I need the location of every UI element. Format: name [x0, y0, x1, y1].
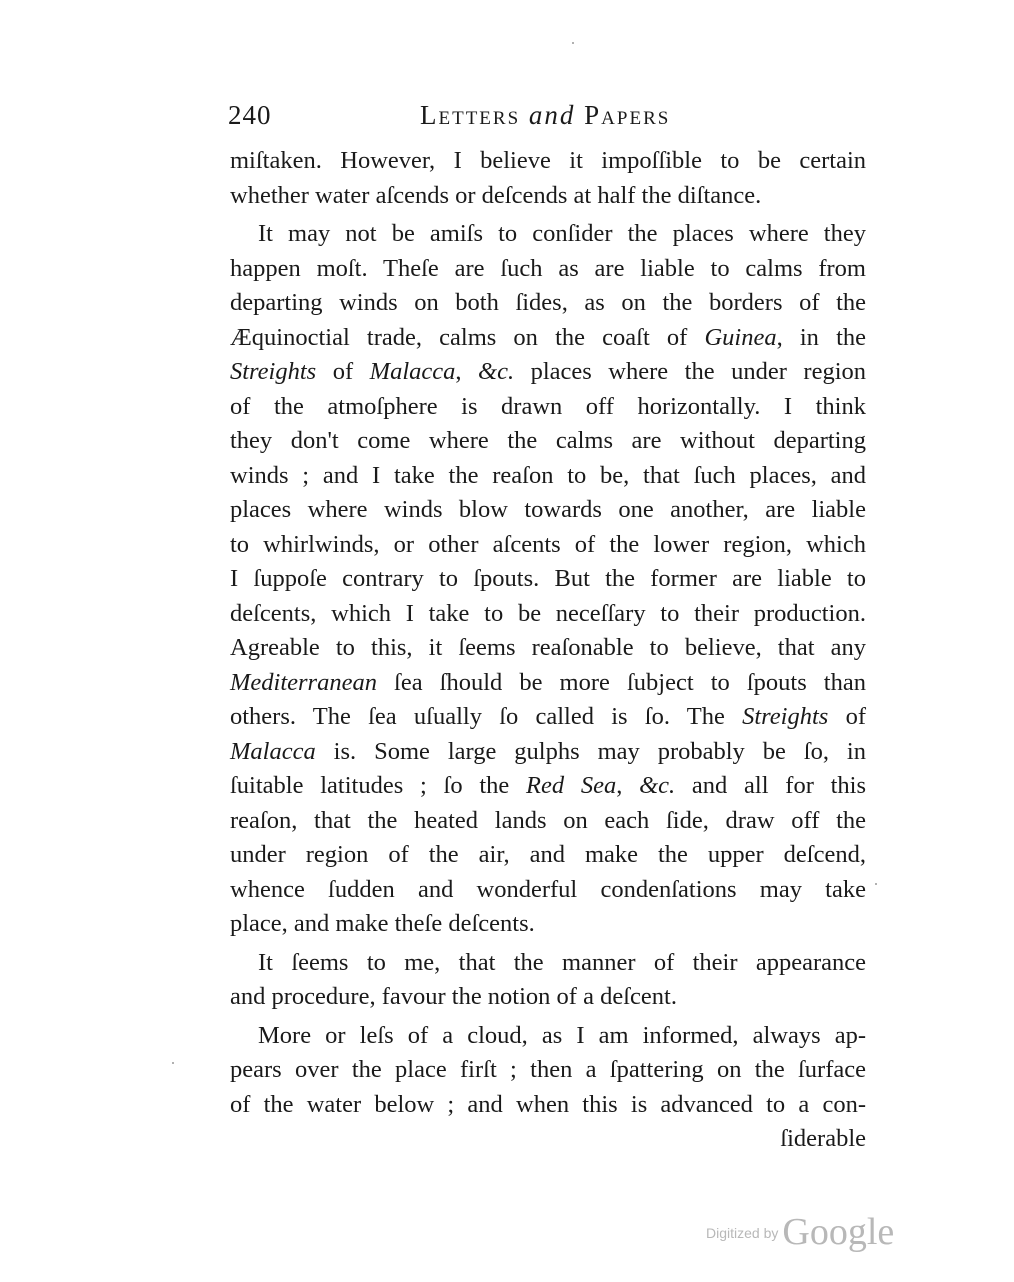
text-span: , in the [777, 324, 866, 351]
text-span: others. The ſea uſually ſo called is ſo.… [230, 703, 742, 730]
text-line: winds ; and I take the reaſon to be, tha… [230, 459, 866, 494]
page-number: 240 [228, 100, 272, 131]
text-line: others. The ſea uſually ſo called is ſo.… [230, 700, 866, 735]
running-title-letters: Letters [420, 100, 520, 130]
text-span: Æquinoctial trade, calms on the coaſt of [230, 324, 687, 351]
scan-speck [875, 883, 877, 885]
text-line: ſuitable latitudes ; ſo the Red Sea, &c.… [230, 769, 866, 804]
scan-speck [572, 42, 574, 44]
text-line: It ſeems to me, that the manner of their… [230, 946, 866, 981]
text-line: under region of the air, and make the up… [230, 838, 866, 873]
scan-speck [172, 1062, 174, 1064]
place-name-streights: Streights [742, 703, 828, 730]
text-line: they don't come where the calms are with… [230, 424, 866, 459]
paragraph-1: miſtaken. However, I believe it impoſſib… [230, 144, 866, 213]
catchword: ſiderable [230, 1122, 866, 1157]
place-name-malacca: Malacca [230, 738, 316, 765]
text-line: to whirlwinds, or other aſcents of the l… [230, 528, 866, 563]
text-line: deſcents, which I take to be neceſſary t… [230, 597, 866, 632]
place-name-malacca: Malacca [370, 358, 456, 385]
text-span: of [316, 358, 369, 385]
body-text: miſtaken. However, I believe it impoſſib… [230, 144, 866, 1157]
text-line: places where winds blow towards one anot… [230, 493, 866, 528]
text-line: whether water aſcends or deſcends at hal… [230, 179, 866, 214]
etc-abbrev: &c. [639, 772, 675, 799]
running-head: 240 Letters and Papers [228, 100, 868, 134]
text-line: Agreable to this, it ſeems reaſonable to… [230, 631, 866, 666]
text-line: whence ſudden and wonderful condenſation… [230, 873, 866, 908]
text-span: of [828, 703, 866, 730]
paragraph-2: It may not be amiſs to conſider the plac… [230, 217, 866, 942]
text-span: , [455, 358, 478, 385]
running-title-and: and [529, 100, 576, 130]
text-line: Streights of Malacca, &c. places where t… [230, 355, 866, 390]
text-line: place, and make theſe deſcents. [230, 907, 866, 942]
text-line: I ſuppoſe contrary to ſpouts. But the fo… [230, 562, 866, 597]
etc-abbrev: &c. [478, 358, 514, 385]
text-line: Malacca is. Some large gulphs may probab… [230, 735, 866, 770]
google-logo-text: Google [782, 1211, 894, 1253]
place-name-streights: Streights [230, 358, 316, 385]
paragraph-4: More or leſs of a cloud, as I am informe… [230, 1019, 866, 1157]
place-name-guinea: Guinea [704, 324, 776, 351]
running-title-papers: Papers [584, 100, 670, 130]
text-line: It may not be amiſs to conſider the plac… [230, 217, 866, 252]
text-line: pears over the place firſt ; then a ſpat… [230, 1053, 866, 1088]
text-line: Mediterranean ſea ſhould be more ſubject… [230, 666, 866, 701]
running-title: Letters and Papers [420, 100, 670, 131]
text-span: , [616, 772, 639, 799]
text-line: of the water below ; and when this is ad… [230, 1088, 866, 1123]
text-line: of the atmoſphere is drawn off horizonta… [230, 390, 866, 425]
text-line: Æquinoctial trade, calms on the coaſt of… [230, 321, 866, 356]
text-line: miſtaken. However, I believe it impoſſib… [230, 144, 866, 179]
text-line: More or leſs of a cloud, as I am informe… [230, 1019, 866, 1054]
text-span: is. Some large gulphs may probably be ſo… [316, 738, 866, 765]
text-line: departing winds on both ſides, as on the… [230, 286, 866, 321]
text-line: reaſon, that the heated lands on each ſi… [230, 804, 866, 839]
digitized-by-google-watermark: Digitized by Google [706, 1210, 894, 1254]
watermark-prefix: Digitized by [706, 1225, 778, 1241]
text-span: ſea ſhould be more ſubject to ſpouts tha… [377, 669, 866, 696]
text-line: happen moſt. Theſe are ſuch as are liabl… [230, 252, 866, 287]
paragraph-3: It ſeems to me, that the manner of their… [230, 946, 866, 1015]
text-span: and all for this [675, 772, 866, 799]
place-name-mediterranean: Mediterranean [230, 669, 377, 696]
text-span: ſuitable latitudes ; ſo the [230, 772, 526, 799]
text-line: and procedure, favour the notion of a de… [230, 980, 866, 1015]
book-page: 240 Letters and Papers miſtaken. However… [0, 0, 1014, 1282]
place-name-red-sea: Red Sea [526, 772, 616, 799]
text-span: places where the under region [514, 358, 866, 385]
